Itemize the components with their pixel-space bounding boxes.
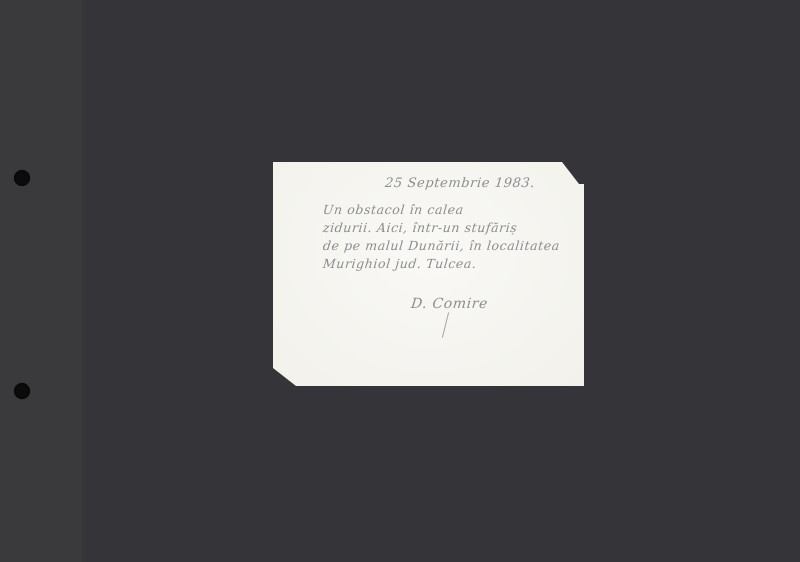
- album-binding-strip: [0, 0, 81, 562]
- punch-hole-top: [14, 170, 30, 186]
- note-date: 25 Septembrie 1983.: [384, 176, 536, 191]
- signature-flourish: [442, 312, 449, 337]
- album-page: 25 Septembrie 1983. Un obstacol în calea…: [0, 0, 800, 562]
- note-signature: D. Comire: [410, 296, 489, 312]
- note-line-1: Un obstacol în calea: [322, 202, 464, 217]
- handwritten-note-card: 25 Septembrie 1983. Un obstacol în calea…: [273, 162, 584, 386]
- note-line-2: zidurii. Aici, într-un stufăriș: [322, 220, 518, 235]
- binding-fold-line: [80, 0, 84, 562]
- note-line-4: Murighiol jud. Tulcea.: [322, 256, 477, 271]
- note-line-3: de pe malul Dunării, în localitatea: [322, 238, 560, 253]
- punch-hole-bottom: [14, 383, 30, 399]
